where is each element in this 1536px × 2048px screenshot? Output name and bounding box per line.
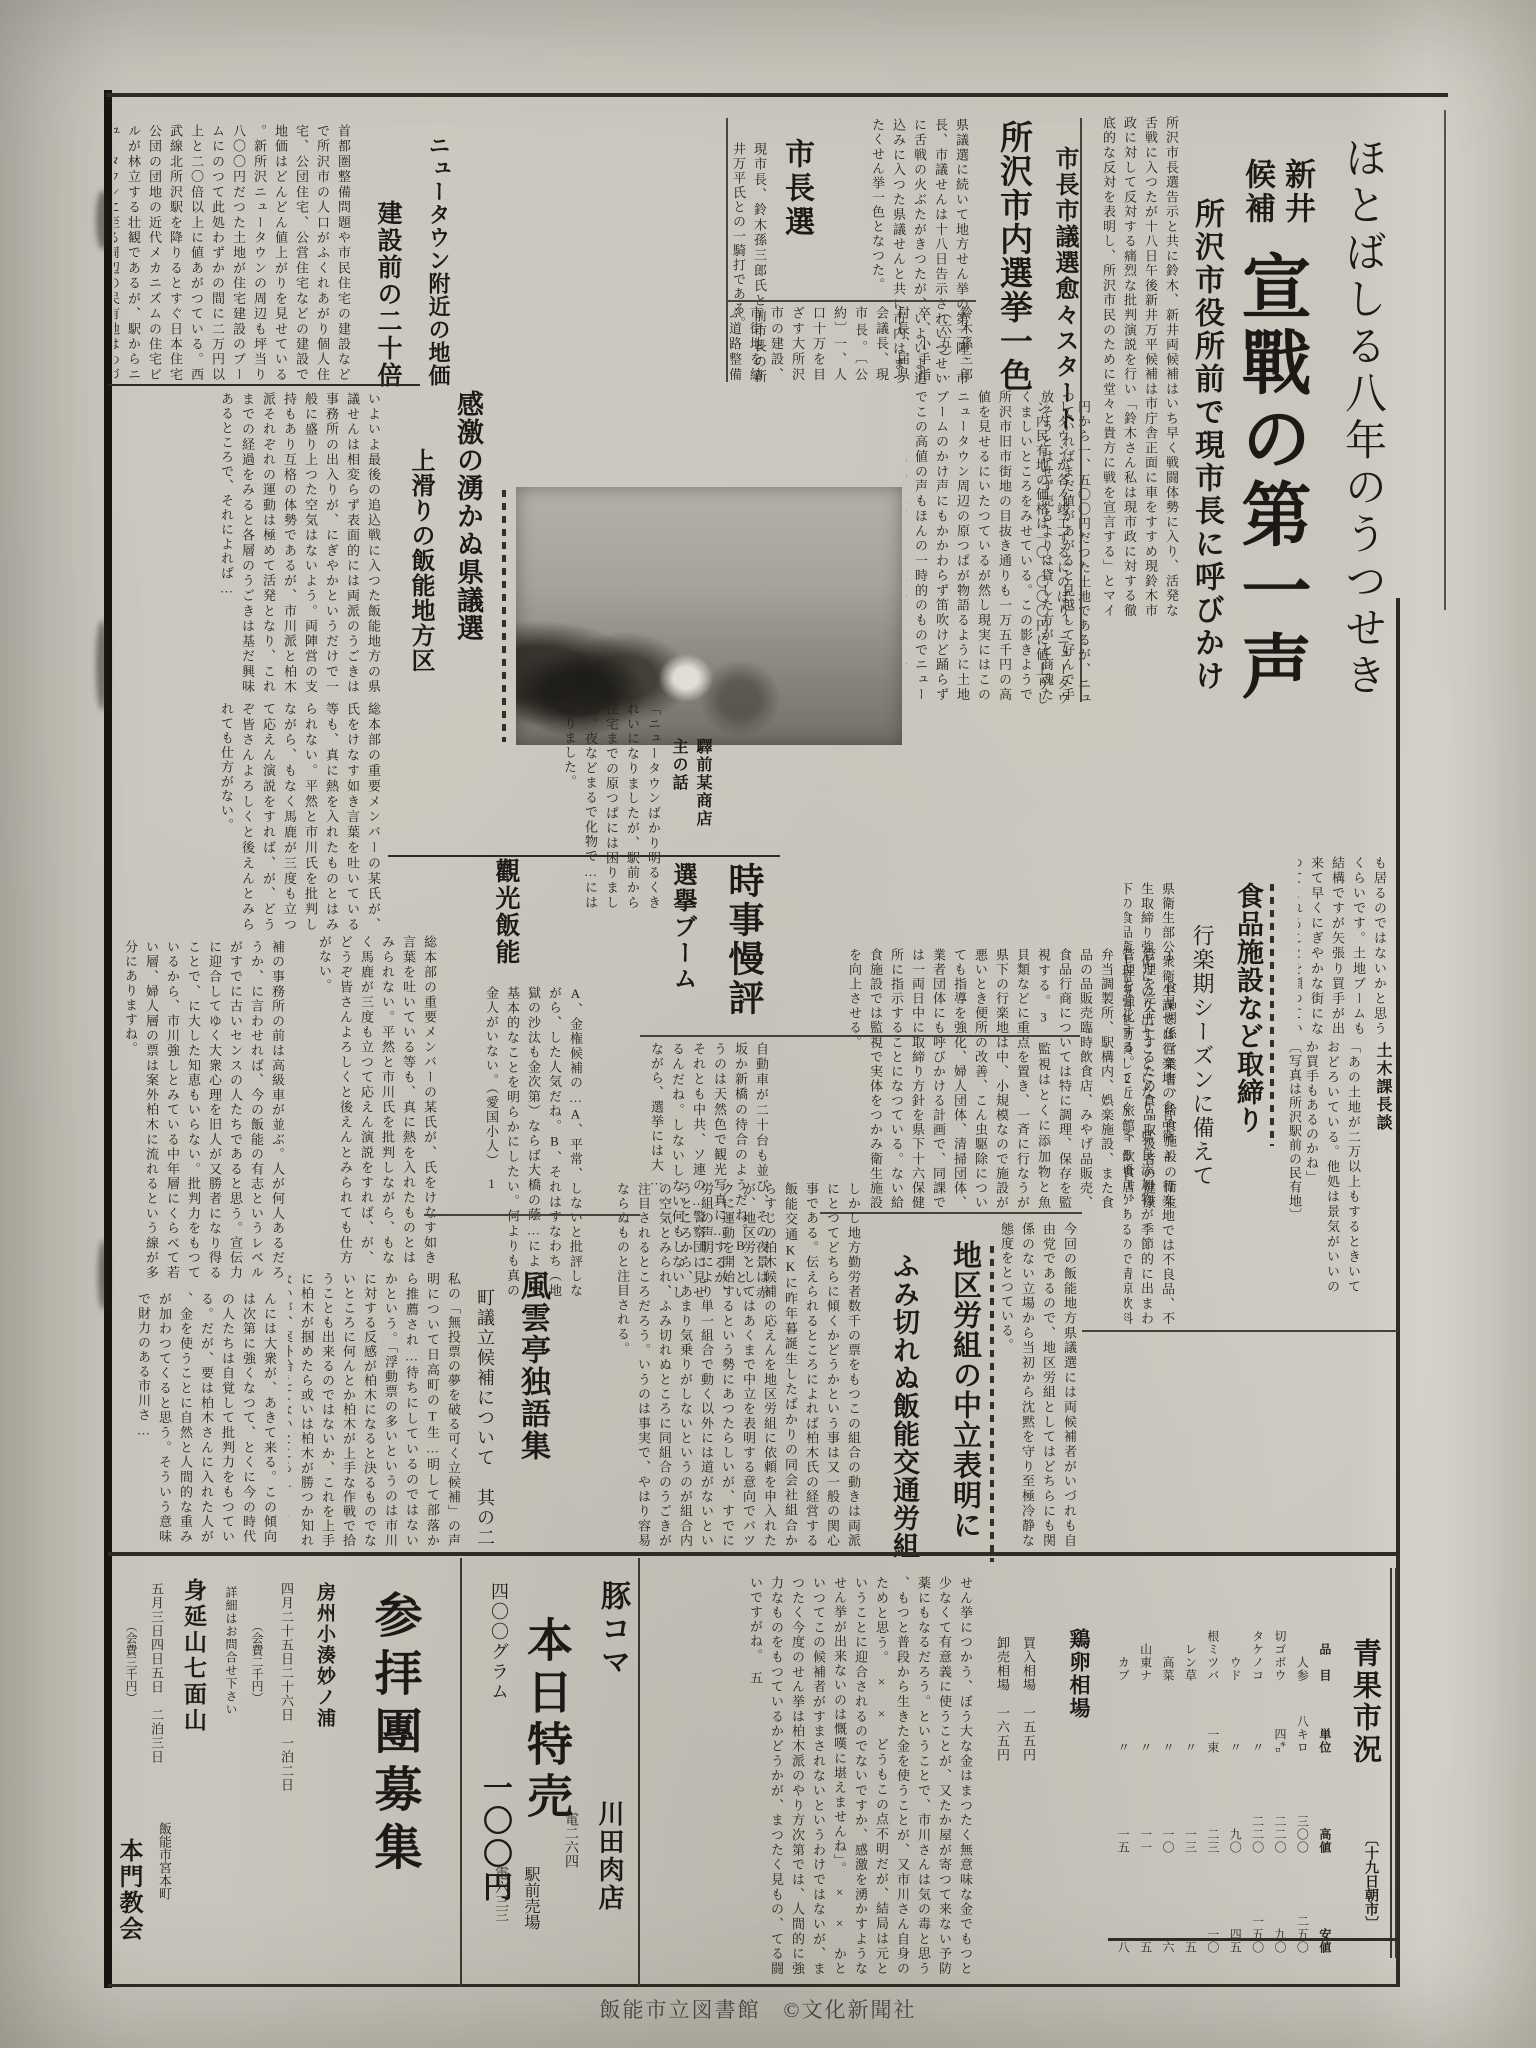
market-cell-high: 一五	[1113, 1754, 1133, 1854]
lead-candidate-name: 新井	[1282, 158, 1320, 244]
market-cell-high: 一〇	[1158, 1754, 1178, 1854]
section-rule	[424, 1214, 640, 1216]
fuuntei-body-text: 私の「無投票の夢を破る可く立候補」の声明について日高町のT生…明して部落から推薦…	[288, 1272, 464, 1548]
photo-border-squiggle	[502, 490, 506, 742]
jiji-dialogue-b: A、金権候補の…A、平常、しないと批評しながら、した人気だね。B、それはすなわち…	[446, 986, 586, 1298]
market-cell-high: 二三	[1203, 1754, 1223, 1854]
egg-buy-price: 買入相場 一五五円	[1014, 1636, 1038, 1880]
official-quote-text: 「あの土地が二万以上もするときいておどろいている。他処は景気がいいのか買手もある…	[1306, 1040, 1364, 1294]
pilgrimage-destination-1: 房州小湊妙ノ浦	[300, 1582, 338, 1886]
egg-market-title: 鶏卵相場	[1050, 1628, 1094, 1752]
butcher-shop-phone: 電二六四	[554, 1812, 580, 1916]
section-rule	[108, 384, 420, 386]
lead-deck-headline: 所沢市役所前で現市長に呼びかけ	[1186, 198, 1228, 718]
market-cell-item: 人参	[1292, 1592, 1312, 1682]
pilgrimage-org-name: 本門教会	[110, 1838, 146, 1982]
section-rule	[1082, 1330, 1398, 1332]
produce-market-title: 青果市況	[1334, 1638, 1386, 1830]
prefectural-body-text: いよいよ最後の追込戦に入つた飯能地方の県議せんは相変らず表面的には両派のうごきは…	[112, 392, 384, 694]
pilgrimage-inquiry-note: 詳細はお問合せ下さい	[214, 1586, 240, 1862]
market-cell-item: 高菜	[1158, 1592, 1178, 1682]
food-inspection-body: 1 食品関係営業者、給食施設の衛生管理を完全にするため食品取扱者の健康管理を強化…	[822, 948, 1180, 1210]
market-cell-unit: 〃	[1113, 1682, 1133, 1754]
market-cell-high: 一一	[1136, 1754, 1156, 1854]
jiji-sub2-kanko-hanno: 觀光飯能	[472, 858, 524, 980]
market-cell-unit: 八キロ	[1292, 1682, 1312, 1754]
newspaper-scan-page: ほとばしる八年のうつせき 新井 候補 宣戰の第一声 所沢市役所前で現市長に呼びか…	[0, 0, 1536, 2048]
egg-sell-price: 卸売相場 一六五円	[988, 1636, 1012, 1880]
food-inspection-deck: 行楽期シーズンに備えて	[1180, 924, 1218, 1204]
market-cell-item: 切ゴボウ	[1270, 1592, 1290, 1682]
newtown-body-text: 首都圏整備問題や市民住宅の建設などで所沢市の人口がふくれあがり個人住宅、公団住宅…	[114, 124, 354, 382]
market-cell-high: 三〇〇	[1292, 1754, 1312, 1854]
newtown-headline-line2: 建設前の二十倍	[360, 200, 406, 398]
ad-rule	[460, 1558, 462, 1986]
headline-squiggle	[990, 1246, 994, 1562]
section-rule	[388, 855, 780, 857]
pilgrimage-dates-2: 五月三日四日五日 二泊三日	[142, 1582, 166, 1818]
market-cell-item: カブ	[1113, 1592, 1133, 1682]
page-right-thin-rule	[1444, 110, 1446, 610]
table-double-rule	[1390, 1568, 1392, 1958]
market-cell-item: 山東ナ	[1136, 1592, 1156, 1682]
union-headline-line1: 地区労組の中立表明に	[924, 1240, 986, 1574]
butcher-shop-name: 川田肉店	[582, 1800, 628, 1964]
jiji-dialogue-continued: 総本部の重要メンバーの某氏が、氏をけなす如き言葉を吐いている等も、真に熱を入れた…	[294, 935, 440, 1265]
column-rule	[726, 118, 728, 382]
union-body-text: しかし地方勤労者数千の票をもつこの組合の動きは両派にとつてどちらに傾くかどうかと…	[618, 1182, 864, 1548]
left-mid-body-columns: 補の事務所の前は高級車が並ぶ。人が何人あるだろうか、に言わせれば、今の飯能の有志…	[112, 940, 288, 1280]
butcher-branch-name: 駅前売場	[512, 1866, 542, 1970]
market-cell-unit: 〃	[1248, 1682, 1268, 1754]
photo-credit-line: 〔写真は所沢駅前の民有地〕	[1278, 1040, 1304, 1272]
fuuntei-subtitle: 町議立候補について 其の二	[466, 1288, 498, 1588]
pilgrimage-fee-1: （会費二千円）	[242, 1620, 266, 1824]
column-rule	[1080, 118, 1082, 702]
prefectural-headline-line2: 上滑りの飯能地方区	[390, 448, 438, 694]
market-cell-high: 九〇	[1225, 1754, 1245, 1854]
pilgrimage-destination-2: 身延山七面山	[168, 1578, 210, 1888]
left-low-body-columns: んには大衆が、あきて来る。この傾向は次第に強くなつて、とくに今の時代の人たちは自…	[112, 1292, 280, 1544]
lead-kicker-headline: ほとばしる八年のうつせき	[1316, 136, 1392, 724]
bottom-band-rule	[108, 1552, 1400, 1556]
market-cell-unit: 四㌔	[1270, 1682, 1290, 1754]
newtown-headline-line1: ニュータウン附近の地価	[408, 134, 454, 398]
market-cell-item: タケノコ	[1248, 1592, 1268, 1682]
bottom-column-body: せん挙につかう、ぼう大な金はまつたく無意味な金でもつと少なくて有意義に使うことが…	[646, 1576, 976, 1976]
newtown-tail-text: も居るのではないかと思うくらいです。土地ブームも結構ですが矢張り買手が出来て早く…	[1298, 856, 1390, 1036]
market-cell-unit: 〃	[1180, 1682, 1200, 1754]
market-cell-high: 二二〇	[1270, 1754, 1290, 1854]
section-rule	[640, 1035, 1080, 1037]
pilgrimage-org-location: 飯能市宮本町	[146, 1822, 174, 1974]
butcher-item-name: 豚コマ	[586, 1580, 634, 1704]
page-top-border	[106, 93, 1448, 97]
shopkeeper-quote-text: 「ニュータウンばかり明るくきれいになりましたが、駅前から住宅までの原つぱには困り…	[548, 702, 664, 910]
produce-market-subtitle: 〔十九日朝市〕	[1342, 1832, 1380, 1964]
newtown-body-text-2: つていればまだ値があがると見越して好んで手放そうとはせず売るよりは貸した方がと商…	[906, 390, 1078, 702]
market-header-item: 品 目	[1315, 1592, 1335, 1682]
produce-price-table: 品 目人参切ゴボウタケノコウド根ミツバレン草高菜山東ナカブ単位八キロ四㌔〃〃一束…	[1112, 1592, 1336, 1954]
archive-credit-caption: 飯能市立図書館 ©文化新聞社	[518, 1994, 998, 2028]
pilgrimage-fee-2: （会費三千円）	[118, 1620, 140, 1824]
table-double-rule	[1395, 1568, 1397, 1958]
market-cell-high: 二二〇	[1248, 1754, 1268, 1854]
market-cell-item: ウド	[1225, 1592, 1245, 1682]
scan-smudge	[96, 190, 110, 250]
headline-squiggle	[1270, 884, 1274, 1146]
market-cell-unit: 〃	[1225, 1682, 1245, 1754]
section-rule	[728, 300, 976, 302]
shopkeeper-caption-head: 驛前某商店主の話	[666, 738, 714, 838]
roundup-headline: 所沢市内選挙一色	[974, 120, 1038, 394]
food-inspection-headline: 食品施設など取締り	[1218, 882, 1268, 1150]
market-cell-unit: 〃	[1158, 1682, 1178, 1754]
union-body-lede: 今回の飯能地方県議選には両候補者がいづれも自由党であるので、地区労組としてはどち…	[1000, 1222, 1080, 1548]
lead-candidate-label: 候補	[1242, 158, 1280, 244]
market-header-high: 高値	[1315, 1754, 1335, 1854]
union-headline-line2: ふみ切れぬ飯能交通労組	[866, 1252, 924, 1590]
mayor-race-subhead: 市長選	[770, 138, 818, 254]
market-cell-unit: 一束	[1203, 1682, 1223, 1754]
civil-engineering-chief-attribution: 土木課長談	[1364, 1042, 1394, 1146]
fuuntei-column-head: 風雲亭独語集	[496, 1270, 554, 1474]
jiji-sub1-election-boom: 選擧ブーム	[658, 862, 700, 1014]
pilgrimage-ad-title: 参拝團募集	[348, 1590, 428, 1956]
scan-smudge	[98, 1240, 108, 1310]
scan-left-edge	[104, 90, 112, 1988]
lead-main-headline: 宣戰の第一声	[1232, 250, 1320, 728]
pilgrimage-dates-1: 四月二十五日二十六日 一泊二日	[268, 1582, 296, 1946]
jiji-column-head: 時事慢評	[702, 862, 770, 1030]
lead-body-text: 所沢市長選告示と共に鈴木、新井両候補はいち早く戦闘体勢に入り、活発な舌戦に入つた…	[1096, 116, 1182, 618]
market-cell-high: 一三	[1180, 1754, 1200, 1854]
table-bottom-rule	[1108, 1938, 1398, 1941]
market-header-unit: 単位	[1315, 1682, 1335, 1754]
mayor-pledge-text: 鈴木孫三郎（六五）…卒、小手指村長、届県会議長、現市長。〔公約〕一、人口十万を目…	[730, 306, 976, 382]
butcher-branch-phone: 電六三三	[484, 1866, 510, 1970]
page-bottom-border	[108, 1984, 1400, 1987]
butcher-quantity: 四〇〇グラム	[478, 1582, 512, 1766]
scan-smudge	[96, 620, 108, 710]
prefectural-headline-line1: 感激の湧かぬ県議選	[436, 390, 488, 664]
prefectural-body-continued: 総本部の重要メンバーの某氏が、氏をけなす如き言葉を吐いている等も、真に熱を入れた…	[112, 702, 384, 932]
ad-rule	[638, 1558, 640, 1986]
market-cell-unit: 〃	[1136, 1682, 1156, 1754]
market-cell-item: レン草	[1180, 1592, 1200, 1682]
market-cell-item: 根ミツバ	[1203, 1592, 1223, 1682]
